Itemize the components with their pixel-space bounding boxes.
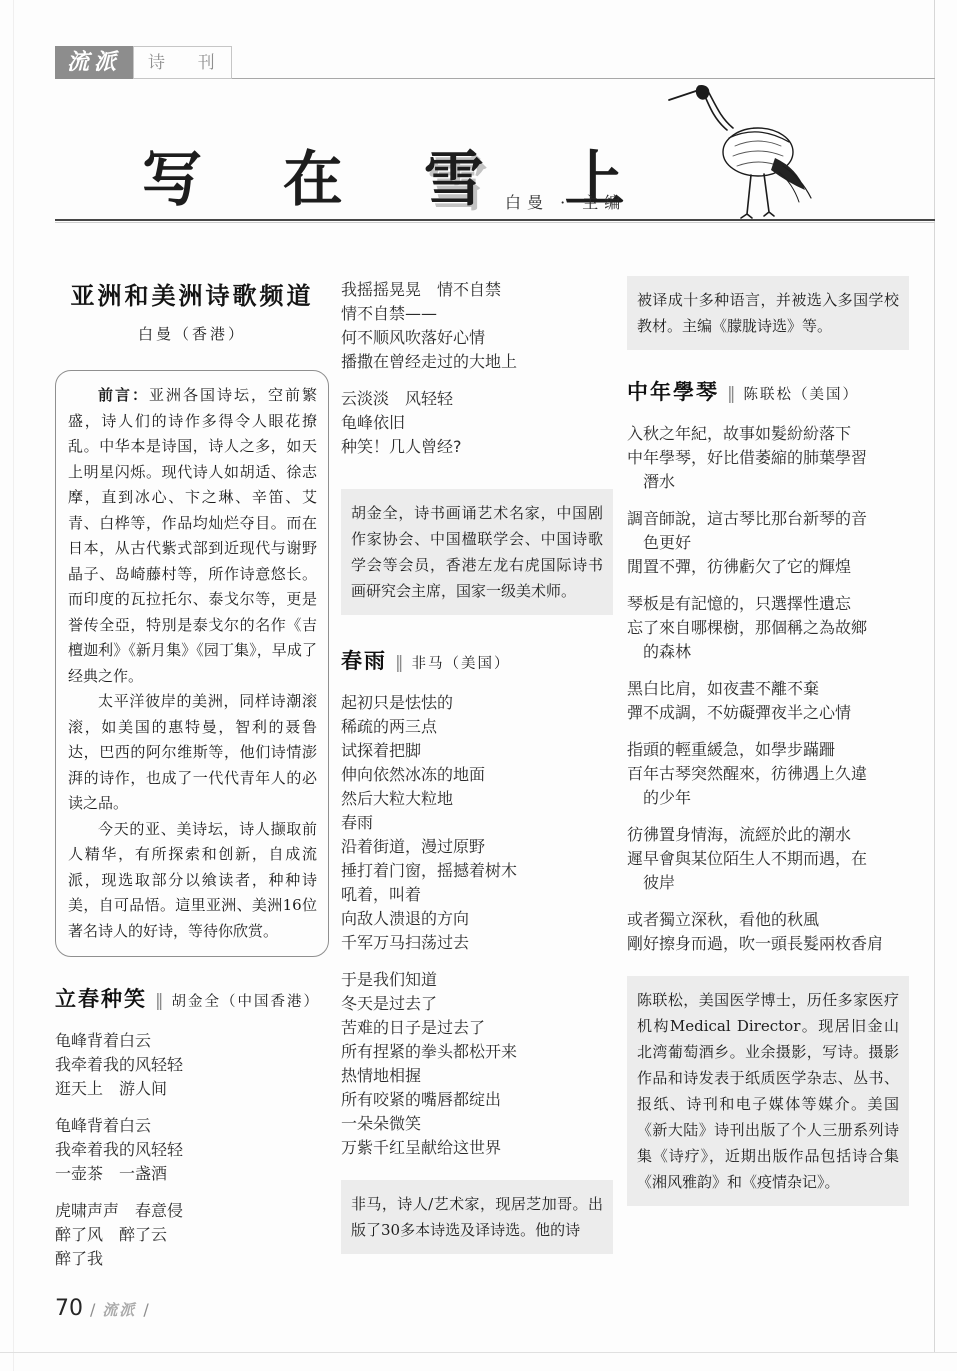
- poem-line: 伸向依然冰冻的地面: [341, 763, 613, 787]
- poem-line: 龟峰背着白云: [55, 1029, 329, 1053]
- poem-line: 稀疏的两三点: [341, 715, 613, 739]
- poem-title: 立春种笑: [55, 983, 147, 1013]
- page-edge-right: [934, 0, 935, 1352]
- footer-slash-2: /: [143, 1300, 148, 1319]
- poem-line: 中年學琴，好比借萎縮的肺葉學習: [627, 446, 909, 470]
- preface-paragraph-2: 太平洋彼岸的美洲，同样诗潮滚滚，如美国的惠特曼，智利的聂鲁达，巴西的阿尔维斯等，…: [68, 689, 317, 817]
- poem-line: 彷彿置身情海，流經於此的潮水: [627, 823, 909, 847]
- poem-line: 我牵着我的风轻轻: [55, 1053, 329, 1077]
- poem-line: 于是我们知道: [341, 968, 613, 992]
- page-edge-left: [13, 0, 14, 1371]
- poem-line: [627, 895, 909, 908]
- poem-line: 万紫千红呈献给这世界: [341, 1136, 613, 1160]
- poem-line: 醉了我: [55, 1247, 329, 1271]
- poem-line: 播撒在曾经走过的大地上: [341, 350, 613, 374]
- poem-lines-chunyu: 起初只是怯怯的稀疏的两三点试探着把脚伸向依然冰冻的地面然后大粒大粒地春雨沿着街道…: [341, 691, 613, 1160]
- bio-box-chenliansong: 陈联松，美国医学博士，历任多家医疗机构Medical Director。现居旧金…: [627, 976, 909, 1206]
- poem-line: 云淡淡 风轻轻: [341, 387, 613, 411]
- poem-title: 中年學琴: [627, 376, 719, 406]
- poem-line: 百年古琴突然醒來，彷彿遇上久違: [627, 762, 909, 786]
- poem-line: 情不自禁——: [341, 302, 613, 326]
- poem-lines-lichun-part2: 我摇摇晃晃 情不自禁情不自禁——何不顺风吹落好心情播撒在曾经走过的大地上云淡淡 …: [341, 278, 613, 459]
- poem-line: [341, 955, 613, 968]
- poem-line: 种笑！几人曾经?: [341, 435, 613, 459]
- column-1: 亚洲和美洲诗歌频道 白曼（香港） 前言：亚洲各国诗坛，空前繁盛，诗人们的诗作多得…: [55, 276, 329, 1271]
- poem-line: 捶打着门窗，摇撼着树木: [341, 859, 613, 883]
- poem-line: 向敌人溃退的方向: [341, 907, 613, 931]
- poem-line: 千军万马扫荡过去: [341, 931, 613, 955]
- poem-author: 非马（美国）: [412, 652, 511, 673]
- poem-line: [627, 810, 909, 823]
- poem-lines-zhongnian: 入秋之年紀，故事如髮紛紛落下中年學琴，好比借萎縮的肺葉學習 潛水調音師說，這古琴…: [627, 422, 909, 956]
- double-bar-separator: ‖: [155, 991, 164, 1011]
- poem-line: [341, 374, 613, 387]
- poem-line: 然后大粒大粒地: [341, 787, 613, 811]
- channel-author: 白曼（香港）: [55, 323, 329, 344]
- poem-line: 我摇摇晃晃 情不自禁: [341, 278, 613, 302]
- logo-label-text: 诗 刊: [133, 46, 232, 79]
- poem-line: 的森林: [627, 640, 909, 664]
- poem-header-lichun: 立春种笑 ‖ 胡金全（中国香港）: [55, 983, 329, 1013]
- poem-line: 春雨: [341, 811, 613, 835]
- bio-box-feima-part1: 非马，诗人/艺术家，现居芝加哥。出版了30多本诗选及译诗选。他的诗: [341, 1180, 613, 1254]
- poem-line: [55, 1186, 329, 1199]
- page-edge-bottom: [0, 1352, 957, 1353]
- poem-line: [627, 664, 909, 677]
- poem-line: [627, 725, 909, 738]
- poem-line: 苦难的日子是过去了: [341, 1016, 613, 1040]
- poem-line: [55, 1101, 329, 1114]
- poem-line: 或者獨立深秋，看他的秋風: [627, 908, 909, 932]
- poem-line: 一壶茶 一盏酒: [55, 1162, 329, 1186]
- double-bar-separator: ‖: [727, 384, 736, 404]
- bio-box-hujinquan: 胡金全，诗书画诵艺术名家，中国剧作家协会、中国楹联学会、中国诗歌学会等会员，香港…: [341, 489, 613, 615]
- poem-line: 醉了风 醉了云: [55, 1223, 329, 1247]
- preface-box: 前言：亚洲各国诗坛，空前繁盛，诗人们的诗作多得令人眼花撩乱。中华本是诗国，诗人之…: [55, 370, 329, 957]
- double-bar-separator: ‖: [395, 653, 404, 673]
- poem-line: 所有捏紧的拳头都松开来: [341, 1040, 613, 1064]
- poem-line: 试探着把脚: [341, 739, 613, 763]
- poem-line: 調音師說，這古琴比那台新琴的音: [627, 507, 909, 531]
- poem-line: 彈不成調，不妨礙彈夜半之心情: [627, 701, 909, 725]
- footer-brand: 流派: [102, 1299, 136, 1320]
- poem-lines-lichun-part1: 龟峰背着白云我牵着我的风轻轻逛天上 游人间龟峰背着白云我牵着我的风轻轻一壶茶 一…: [55, 1029, 329, 1271]
- poem-line: 潛水: [627, 470, 909, 494]
- poem-line: 起初只是怯怯的: [341, 691, 613, 715]
- poem-line: 龟峰依旧: [341, 411, 613, 435]
- poem-line: 沿着街道，漫过原野: [341, 835, 613, 859]
- poem-line: 逛天上 游人间: [55, 1077, 329, 1101]
- logo-script-text: 流派: [55, 46, 133, 79]
- page-footer: 70 / 流派 /: [55, 1296, 149, 1321]
- poem-line: 彼岸: [627, 871, 909, 895]
- footer-slash-1: /: [90, 1300, 95, 1319]
- poem-line: 龟峰背着白云: [55, 1114, 329, 1138]
- poem-header-zhongnian: 中年學琴 ‖ 陈联松（美国）: [627, 376, 909, 406]
- bio-box-feima-part2: 被译成十多种语言，并被选入多国学校教材。主编《朦胧诗选》等。: [627, 276, 909, 350]
- poem-line: [627, 579, 909, 592]
- channel-title: 亚洲和美洲诗歌频道: [55, 276, 329, 311]
- column-3: 被译成十多种语言，并被选入多国学校教材。主编《朦胧诗选》等。 中年學琴 ‖ 陈联…: [627, 276, 909, 1206]
- poem-line: 我牵着我的风轻轻: [55, 1138, 329, 1162]
- poem-line: 黑白比肩，如夜晝不離不棄: [627, 677, 909, 701]
- poem-line: [627, 494, 909, 507]
- poem-line: 琴板是有記憶的，只選擇性遺忘: [627, 592, 909, 616]
- poem-line: 的少年: [627, 786, 909, 810]
- poem-line: 虎啸声声 春意侵: [55, 1199, 329, 1223]
- preface-text-1: 亚洲各国诗坛，空前繁盛，诗人们的诗作多得令人眼花撩乱。中华本是诗国，诗人之多，如…: [68, 386, 317, 685]
- poem-line: 一朵朵微笑: [341, 1112, 613, 1136]
- issue-title-accent: 雪: [424, 145, 514, 215]
- poem-line: 剛好擦身而過，吹一頭長髮兩枚香肩: [627, 932, 909, 956]
- poem-line: 遲早會與某位陌生人不期而遇，在: [627, 847, 909, 871]
- poem-author: 陈联松（美国）: [744, 383, 860, 404]
- magazine-page: 流派 诗 刊 写 在 雪 上 白曼 · 主编 亚洲和美洲诗歌频道: [0, 0, 957, 1371]
- issue-title-part1: 写 在: [142, 145, 424, 215]
- poem-line: 吼着，叫着: [341, 883, 613, 907]
- page-number: 70: [55, 1296, 83, 1321]
- poem-line: 閒置不彈，彷彿虧欠了它的輝煌: [627, 555, 909, 579]
- editor-credit: 白曼 · 主编: [505, 190, 626, 213]
- poem-line: 忘了來自哪棵樹，那個稱之為故鄉: [627, 616, 909, 640]
- column-2: 我摇摇晃晃 情不自禁情不自禁——何不顺风吹落好心情播撒在曾经走过的大地上云淡淡 …: [341, 276, 613, 1254]
- magazine-logo: 流派 诗 刊: [55, 46, 232, 79]
- poem-line: 所有咬紧的嘴唇都绽出: [341, 1088, 613, 1112]
- crane-illustration: [663, 80, 818, 220]
- poem-line: 何不顺风吹落好心情: [341, 326, 613, 350]
- preface-paragraph-3: 今天的亚、美诗坛，诗人撷取前人精华，有所探索和创新，自成流派，现选取部分以飨读者…: [68, 817, 317, 945]
- poem-header-chunyu: 春雨 ‖ 非马（美国）: [341, 645, 613, 675]
- poem-line: 色更好: [627, 531, 909, 555]
- poem-line: 指頭的輕重緩急，如學步蹣跚: [627, 738, 909, 762]
- preface-label: 前言：: [98, 386, 149, 404]
- preface-paragraph-1: 前言：亚洲各国诗坛，空前繁盛，诗人们的诗作多得令人眼花撩乱。中华本是诗国，诗人之…: [68, 383, 317, 689]
- poem-author: 胡金全（中国香港）: [172, 990, 321, 1011]
- poem-title: 春雨: [341, 645, 387, 675]
- poem-line: 冬天是过去了: [341, 992, 613, 1016]
- poem-line: 入秋之年紀，故事如髮紛紛落下: [627, 422, 909, 446]
- poem-line: 热情地相握: [341, 1064, 613, 1088]
